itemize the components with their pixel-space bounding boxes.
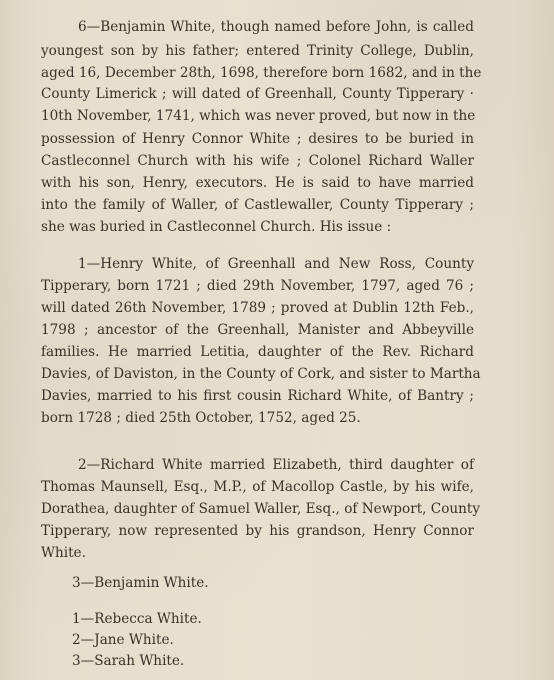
list-item: 3—Sarah White. [72,651,184,671]
text-line: 6—Benjamin White, though named before Jo… [78,17,474,37]
list-item: 2—Jane White. [72,630,174,650]
text-line: born 1728 ; died 25th October, 1752, age… [41,408,361,428]
text-line: with his son, Henry, executors. He is sa… [41,173,474,193]
text-line: families. He married Letitia, daughter o… [41,342,474,362]
text-line: 10th November, 1741, which was never pro… [41,106,474,126]
document-page: 6—Benjamin White, though named before Jo… [0,0,554,680]
text-line: youngest son by his father; entered Trin… [41,41,474,61]
text-line: Davies, of Daviston, in the County of Co… [41,364,474,384]
text-line: Thomas Maunsell, Esq., M.P., of Macollop… [41,477,474,497]
list-item: 1—Rebecca White. [72,609,202,629]
text-line: 2—Richard White married Elizabeth, third… [78,455,474,475]
text-line: 3—Benjamin White. [72,573,209,593]
text-line: 1—Henry White, of Greenhall and New Ross… [78,254,474,274]
text-line: possession of Henry Connor White ; desir… [41,129,474,149]
text-line: Tipperary, now represented by his grands… [41,521,474,541]
text-line: County Limerick ; will dated of Greenhal… [41,84,474,104]
text-line: Castleconnel Church with his wife ; Colo… [41,151,474,171]
text-line: White. [41,543,86,563]
text-line: aged 16, December 28th, 1698, therefore … [41,63,474,83]
text-line: Tipperary, born 1721 ; died 29th Novembe… [41,276,474,296]
text-line: into the family of Waller, of Castlewall… [41,195,474,215]
text-line: Dorathea, daughter of Samuel Waller, Esq… [41,499,474,519]
text-line: 1798 ; ancestor of the Greenhall, Manist… [41,320,474,340]
text-line: she was buried in Castleconnel Church. H… [41,217,391,237]
text-line: Davies, married to his first cousin Rich… [41,386,474,406]
text-line: will dated 26th November, 1789 ; proved … [41,298,474,318]
